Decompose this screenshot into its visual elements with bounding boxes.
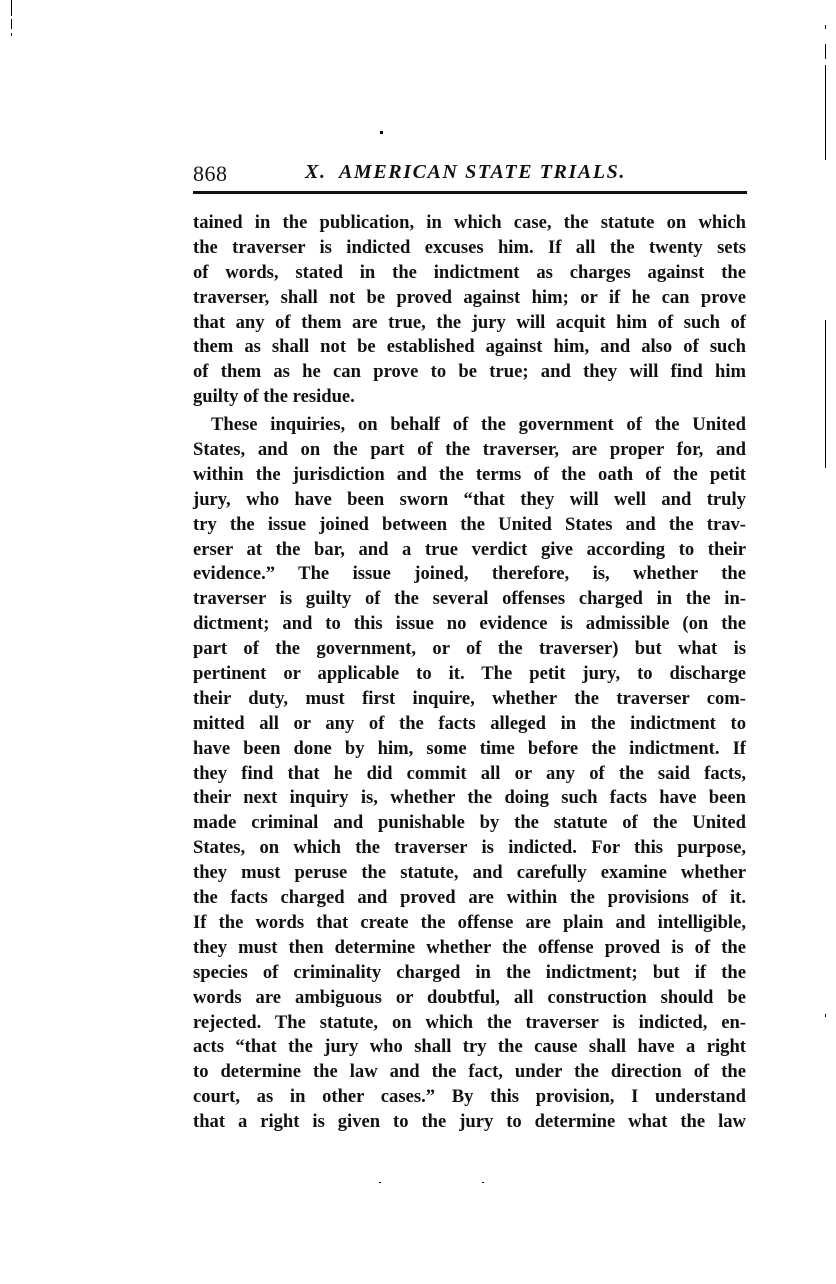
text-line: erser at the bar, and a true verdict giv…: [193, 538, 746, 563]
text-line: traverser is guilty of the several offen…: [193, 587, 746, 612]
text-line: jury, who have been sworn “that they wil…: [193, 488, 746, 513]
text-line: evidence.” The issue joined, therefore, …: [193, 562, 746, 587]
text-line: traverser, shall not be proved against h…: [193, 286, 746, 311]
text-line: guilty of the residue.: [193, 385, 746, 410]
right-margin-scan-mark: [825, 65, 826, 160]
left-margin-scan-mark: [11, 19, 12, 29]
text-line: States, and on the part of the traverser…: [193, 438, 746, 463]
text-line: their next inquiry is, whether the doing…: [193, 786, 746, 811]
running-title: X. AMERICAN STATE TRIALS.: [305, 161, 626, 184]
text-line: tained in the publication, in which case…: [193, 211, 746, 236]
text-line: species of criminality charged in the in…: [193, 961, 746, 986]
body-text: tained in the publication, in which case…: [193, 211, 746, 1135]
text-line: dictment; and to this issue no evidence …: [193, 612, 746, 637]
right-margin-scan-mark: [825, 44, 826, 59]
right-margin-scan-mark: [825, 25, 826, 29]
paragraph: tained in the publication, in which case…: [193, 211, 746, 410]
text-line: court, as in other cases.” By this provi…: [193, 1085, 746, 1110]
text-line: they find that he did commit all or any …: [193, 762, 746, 787]
text-line: within the jurisdiction and the terms of…: [193, 463, 746, 488]
text-line: have been done by him, some time before …: [193, 737, 746, 762]
text-line: of words, stated in the indictment as ch…: [193, 261, 746, 286]
text-line: part of the government, or of the traver…: [193, 637, 746, 662]
header-rule: [193, 191, 747, 194]
text-line: pertinent or applicable to it. The petit…: [193, 662, 746, 687]
left-margin-scan-mark: [11, 0, 12, 16]
text-line: mitted all or any of the facts alleged i…: [193, 712, 746, 737]
text-line: to determine the law and the fact, under…: [193, 1060, 746, 1085]
page-header: 868 X. AMERICAN STATE TRIALS.: [193, 158, 746, 188]
text-line: the traverser is indicted excuses him. I…: [193, 236, 746, 261]
text-line: that any of them are true, the jury will…: [193, 311, 746, 336]
right-margin-scan-mark: [825, 1014, 826, 1017]
text-line: rejected. The statute, on which the trav…: [193, 1011, 746, 1036]
scanned-book-page: 868 X. AMERICAN STATE TRIALS. tained in …: [0, 0, 836, 1284]
text-line: These inquiries, on behalf of the govern…: [193, 413, 746, 438]
text-line: that a right is given to the jury to det…: [193, 1110, 746, 1135]
text-line: States, on which the traverser is indict…: [193, 836, 746, 861]
top-center-dot: [380, 131, 383, 134]
text-line: them as shall not be established against…: [193, 335, 746, 360]
text-line: they must then determine whether the off…: [193, 936, 746, 961]
bottom-scan-dot: [482, 1182, 484, 1183]
text-line: If the words that create the offense are…: [193, 911, 746, 936]
right-margin-scan-mark: [825, 460, 826, 468]
text-line: made criminal and punishable by the stat…: [193, 811, 746, 836]
text-line: try the issue joined between the United …: [193, 513, 746, 538]
text-line: words are ambiguous or doubtful, all con…: [193, 986, 746, 1011]
text-line: they must peruse the statute, and carefu…: [193, 861, 746, 886]
page-number: 868: [193, 161, 228, 187]
text-line: of them as he can prove to be true; and …: [193, 360, 746, 385]
left-margin-scan-mark: [11, 33, 12, 36]
text-line: the facts charged and proved are within …: [193, 886, 746, 911]
text-line: their duty, must first inquire, whether …: [193, 687, 746, 712]
bottom-scan-dot: [379, 1182, 381, 1183]
right-margin-scan-mark: [825, 320, 826, 460]
text-line: acts “that the jury who shall try the ca…: [193, 1035, 746, 1060]
paragraph: These inquiries, on behalf of the govern…: [193, 413, 746, 1135]
